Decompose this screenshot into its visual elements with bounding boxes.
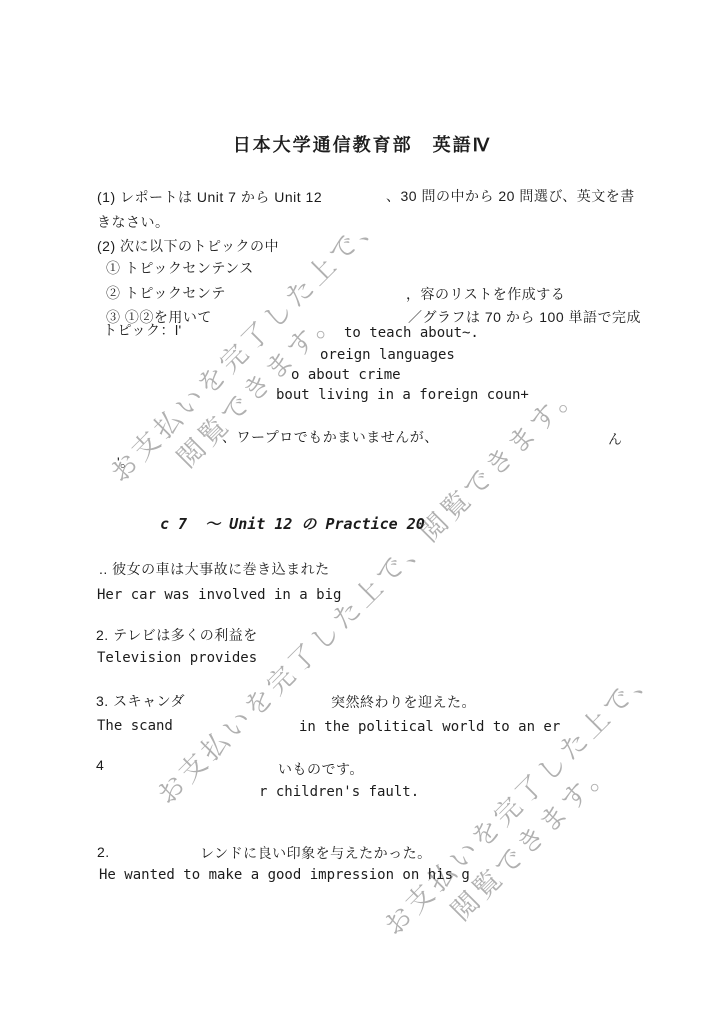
q2-japanese: 2. テレビは多くの利益を (96, 627, 258, 644)
choice-2-left: ② トピックセンテ (106, 285, 226, 302)
q4-number: 4 (96, 757, 104, 774)
topic-crime: o about crime (291, 367, 401, 384)
instruction-1-right: 、30 問の中から 20 問選び、英文を書 (386, 188, 635, 205)
note-wordprocessor: 、ワープロでもかまいませんが、 (222, 429, 439, 446)
q1-japanese: .. 彼女の車は大事故に巻き込まれた (99, 561, 330, 578)
document-page: お支払いを完了した上で、 閲覧できます。 お支払いを完了した上で、閲覧できます。… (0, 0, 724, 1024)
q5-english: He wanted to make a good impression on h… (99, 867, 470, 884)
q5-japanese: レンドに良い印象を与えたかった。 (200, 845, 432, 862)
page-title: 日本大学通信教育部 英語Ⅳ (0, 131, 724, 157)
q2-english: Television provides (97, 650, 257, 667)
topic-teach: to teach about~. (344, 325, 479, 342)
q3-english-left: The scand (97, 718, 173, 735)
choice-1: ① トピックセンテンス (106, 260, 254, 277)
q3-english-right: in the political world to an er (299, 719, 560, 736)
instruction-1-left: (1) レポートは Unit 7 から Unit 12 (97, 189, 322, 206)
q5-number: 2. (97, 844, 110, 861)
note-dot-mark: '。 (117, 454, 135, 471)
q4-japanese: いものです。 (278, 761, 364, 778)
choice-3-right: ／グラフは 70 から 100 単語で完成 (408, 309, 641, 326)
choice-2-right: ，容のリストを作成する (406, 286, 565, 303)
q4-english: r children's fault. (259, 784, 419, 801)
topic-label: トピック：l' (103, 322, 182, 339)
section-heading: c 7 ～ Unit 12 の Practice 20 (160, 516, 425, 533)
q3-japanese-left: 3. スキャンダ (96, 693, 185, 710)
q1-english: Her car was involved in a big (97, 587, 341, 604)
topic-languages: oreign languages (320, 347, 455, 364)
note-tail-mark: ん (608, 431, 623, 448)
instruction-2: (2) 次に以下のトピックの中 (97, 238, 279, 255)
q3-japanese-right: 突然終わりを迎えた。 (331, 694, 476, 711)
instruction-1-cont: きなさい。 (97, 214, 170, 231)
topic-living: bout living in a foreign coun+ (276, 387, 529, 404)
